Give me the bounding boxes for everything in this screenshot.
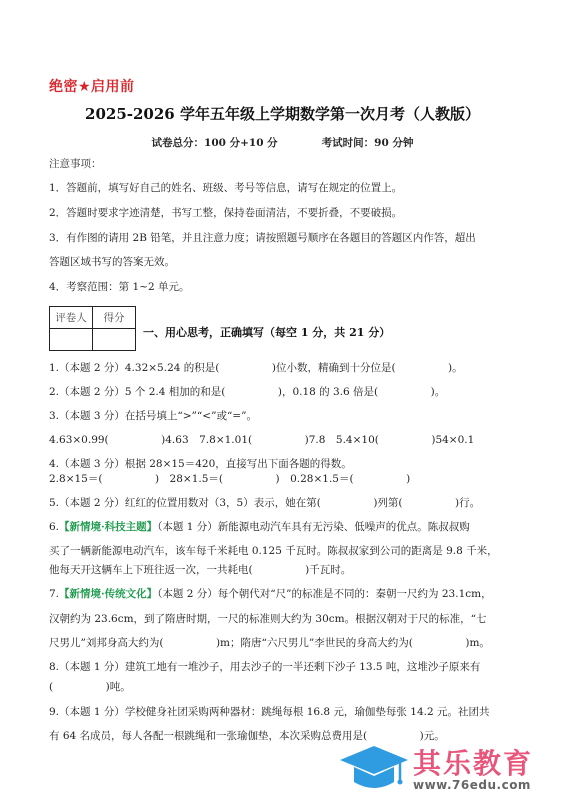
question-5: 5.（本题 2 分）红红的位置用数对（3，5）表示，她在第( )列第( )行。 (49, 496, 480, 510)
question-4: 4.（本题 3 分）根据 28×15＝420，直接写出下面各题的得数。 (49, 457, 352, 471)
question-6-tag: 【新情境·科技主题】 (59, 521, 157, 533)
notice-item: 1．答题前，填写好自己的姓名、班级、考号等信息，请写在规定的位置上。 (49, 181, 402, 195)
score-field[interactable] (93, 329, 136, 351)
exam-time: 考试时间：90 分钟 (322, 137, 414, 149)
question-3: 3.（本题 3 分）在括号填上“>”“<”或“=”。 (49, 409, 257, 423)
question-9: 9.（本题 1 分）学校健身社团采购两种器材：跳绳每根 16.8 元，瑜伽垫每张… (49, 705, 489, 719)
question-7: 7.【新情境·传统文化】（本题 2 分）每个朝代对“尺”的标准是不同的：秦朝一尺… (49, 587, 492, 601)
exam-info: 试卷总分：100 分+10 分考试时间：90 分钟 (0, 135, 565, 150)
watermark-url: www.76edu.com (413, 778, 531, 792)
exam-page: 绝密★启用前 2025-2026 学年五年级上学期数学第一次月考（人教版） 试卷… (0, 0, 565, 800)
question-6-line: 买了一辆新能源电动汽车，该车每千米耗电 0.125 千瓦时。陈叔叔家到公司的距离… (49, 544, 498, 558)
notice-item: 2．答题时要求字迹清楚，书写工整，保持卷面清洁，不要折叠，不要破损。 (49, 206, 402, 220)
notice-item: 4．考察范围：第 1~2 单元。 (49, 280, 190, 294)
graduation-cap-icon (338, 744, 410, 794)
question-8: 8.（本题 1 分）建筑工地有一堆沙子，用去沙子的一半还剩下沙子 13.5 吨，… (49, 660, 480, 674)
question-4-items: 2.8×15＝( ) 28×1.5＝( ) 0.28×1.5＝( ) (49, 472, 410, 486)
exam-title: 2025-2026 学年五年级上学期数学第一次月考（人教版） (0, 103, 565, 124)
question-6-text: （本题 1 分）新能源电动汽车具有无污染、低噪声的优点。陈叔叔购 (157, 521, 470, 533)
question-6: 6.【新情境·科技主题】（本题 1 分）新能源电动汽车具有无污染、低噪声的优点。… (49, 520, 470, 534)
question-7-tag: 【新情境·传统文化】 (59, 588, 157, 600)
secret-mark: 绝密★启用前 (49, 76, 135, 96)
total-score: 试卷总分：100 分+10 分 (152, 137, 278, 149)
watermark-logo: 其乐教育 www.76edu.com (336, 742, 561, 797)
question-3-items: 4.63×0.99( )4.63 7.8×1.01( )7.8 5.4×10( … (49, 433, 474, 447)
question-1: 1.（本题 2 分）4.32×5.24 的积是( )位小数，精确到十分位是( )… (49, 361, 463, 375)
question-8-line: ( )吨。 (49, 680, 131, 694)
notice-heading: 注意事项： (49, 156, 102, 171)
question-9-line: 有 64 名成员，每人各配一根跳绳和一张瑜伽垫，本次采购总费用是( )元。 (49, 729, 445, 743)
question-7-number: 7. (49, 588, 59, 600)
notice-item: 3．有作图的请用 2B 铅笔，并且注意力度；请按照题号顺序在各题目的答题区内作答… (49, 231, 476, 245)
notice-item: 答题区域书写的答案无效。 (49, 255, 175, 269)
question-6-line: 他每天开这辆车上下班往返一次，一共耗电( )千瓦时。 (49, 563, 351, 577)
question-7-text: （本题 2 分）每个朝代对“尺”的标准是不同的：秦朝一尺约为 23.1cm， (157, 588, 491, 600)
grader-label: 评卷人 (50, 307, 93, 329)
question-7-line: 汉朝约为 23.6cm，到了隋唐时期，一尺的标准则大约为 30cm。根据汉朝对于… (49, 612, 486, 626)
question-2: 2.（本题 2 分）5 个 2.4 相加的和是( )，0.18 的 3.6 倍是… (49, 385, 445, 399)
question-6-number: 6. (49, 521, 59, 533)
question-7-line: 尺男儿”刘邦身高大约为( )m；隋唐“六尺男儿”李世民的身高大约为( )m。 (49, 636, 490, 650)
grader-field[interactable] (50, 329, 93, 351)
section-title: 一、用心思考，正确填写（每空 1 分，共 21 分） (143, 324, 390, 340)
watermark-name: 其乐教育 (413, 742, 533, 782)
score-label: 得分 (93, 307, 136, 329)
score-table: 评卷人 得分 (49, 306, 136, 351)
